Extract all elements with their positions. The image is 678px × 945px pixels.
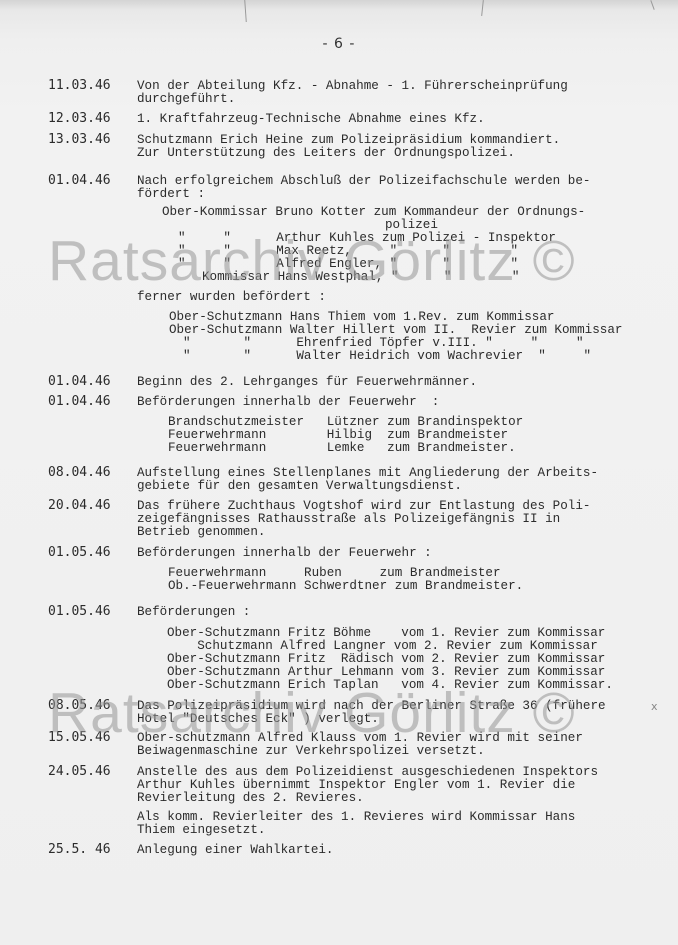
entry-date: 15.05.46 <box>48 731 111 744</box>
entry-text: Beförderungen : <box>137 606 250 619</box>
entry-date: 01.04.46 <box>48 395 111 408</box>
document-page: - 6 - 11.03.46 Von der Abteilung Kfz. - … <box>0 0 678 945</box>
page-number: - 6 - <box>0 36 678 52</box>
entry-date: 25.5. 46 <box>48 843 111 856</box>
entry-date: 08.05.46 <box>48 699 111 712</box>
margin-annotation: x <box>651 700 658 713</box>
entry-text: Thiem eingesetzt. <box>137 824 265 837</box>
entry-text: 1. Kraftfahrzeug-Technische Abnahme eine… <box>137 113 485 126</box>
entry-date: 11.03.46 <box>48 79 111 92</box>
entry-date: 24.05.46 <box>48 765 111 778</box>
entry-text: Ober-Schutzmann Erich Taplan vom 4. Revi… <box>167 679 613 692</box>
entry-date: 12.03.46 <box>48 112 111 125</box>
entry-date: 13.03.46 <box>48 133 111 146</box>
scan-edge-shadow <box>0 0 678 10</box>
entry-text: Feuerwehrmann Lemke zum Brandmeister. <box>168 442 516 455</box>
entry-text: Beförderungen innerhalb der Feuerwehr : <box>137 547 432 560</box>
entry-text: durchgeführt. <box>137 93 235 106</box>
entry-text: Betrieb genommen. <box>137 526 265 539</box>
entry-text: gebiete für den gesamten Verwaltungsdien… <box>137 480 462 493</box>
entry-text: Zur Unterstützung des Leiters der Ordnun… <box>137 147 515 160</box>
entry-text: Kommissar Hans Westphal, " " " <box>202 271 519 284</box>
entry-date: 01.04.46 <box>48 174 111 187</box>
entry-date: 20.04.46 <box>48 499 111 512</box>
entry-text: Ob.-Feuerwehrmann Schwerdtner zum Brandm… <box>168 580 523 593</box>
entry-text: ferner wurden befördert : <box>137 291 326 304</box>
entry-date: 08.04.46 <box>48 466 111 479</box>
entry-text: Anlegung einer Wahlkartei. <box>137 844 334 857</box>
entry-date: 01.05.46 <box>48 546 111 559</box>
entry-text: Nach erfolgreichem Abschluß der Polizeif… <box>137 175 590 188</box>
entry-date: 01.04.46 <box>48 375 111 388</box>
entry-date: 01.05.46 <box>48 605 111 618</box>
entry-text: Revierleitung des 2. Revieres. <box>137 792 364 805</box>
entry-text: fördert : <box>137 188 205 201</box>
entry-text: Beförderungen innerhalb der Feuerwehr : <box>137 396 439 409</box>
entry-text: Beginn des 2. Lehrganges für Feuerwehrmä… <box>137 376 477 389</box>
entry-text: Hotel "Deutsches Eck" ) verlegt. <box>137 713 379 726</box>
entry-text: Beiwagenmaschine zur Verkehrspolizei ver… <box>137 745 485 758</box>
entry-text: " " Walter Heidrich vom Wachrevier " " <box>183 350 591 363</box>
entry-text: Ober-Kommissar Bruno Kotter zum Kommande… <box>162 206 585 219</box>
